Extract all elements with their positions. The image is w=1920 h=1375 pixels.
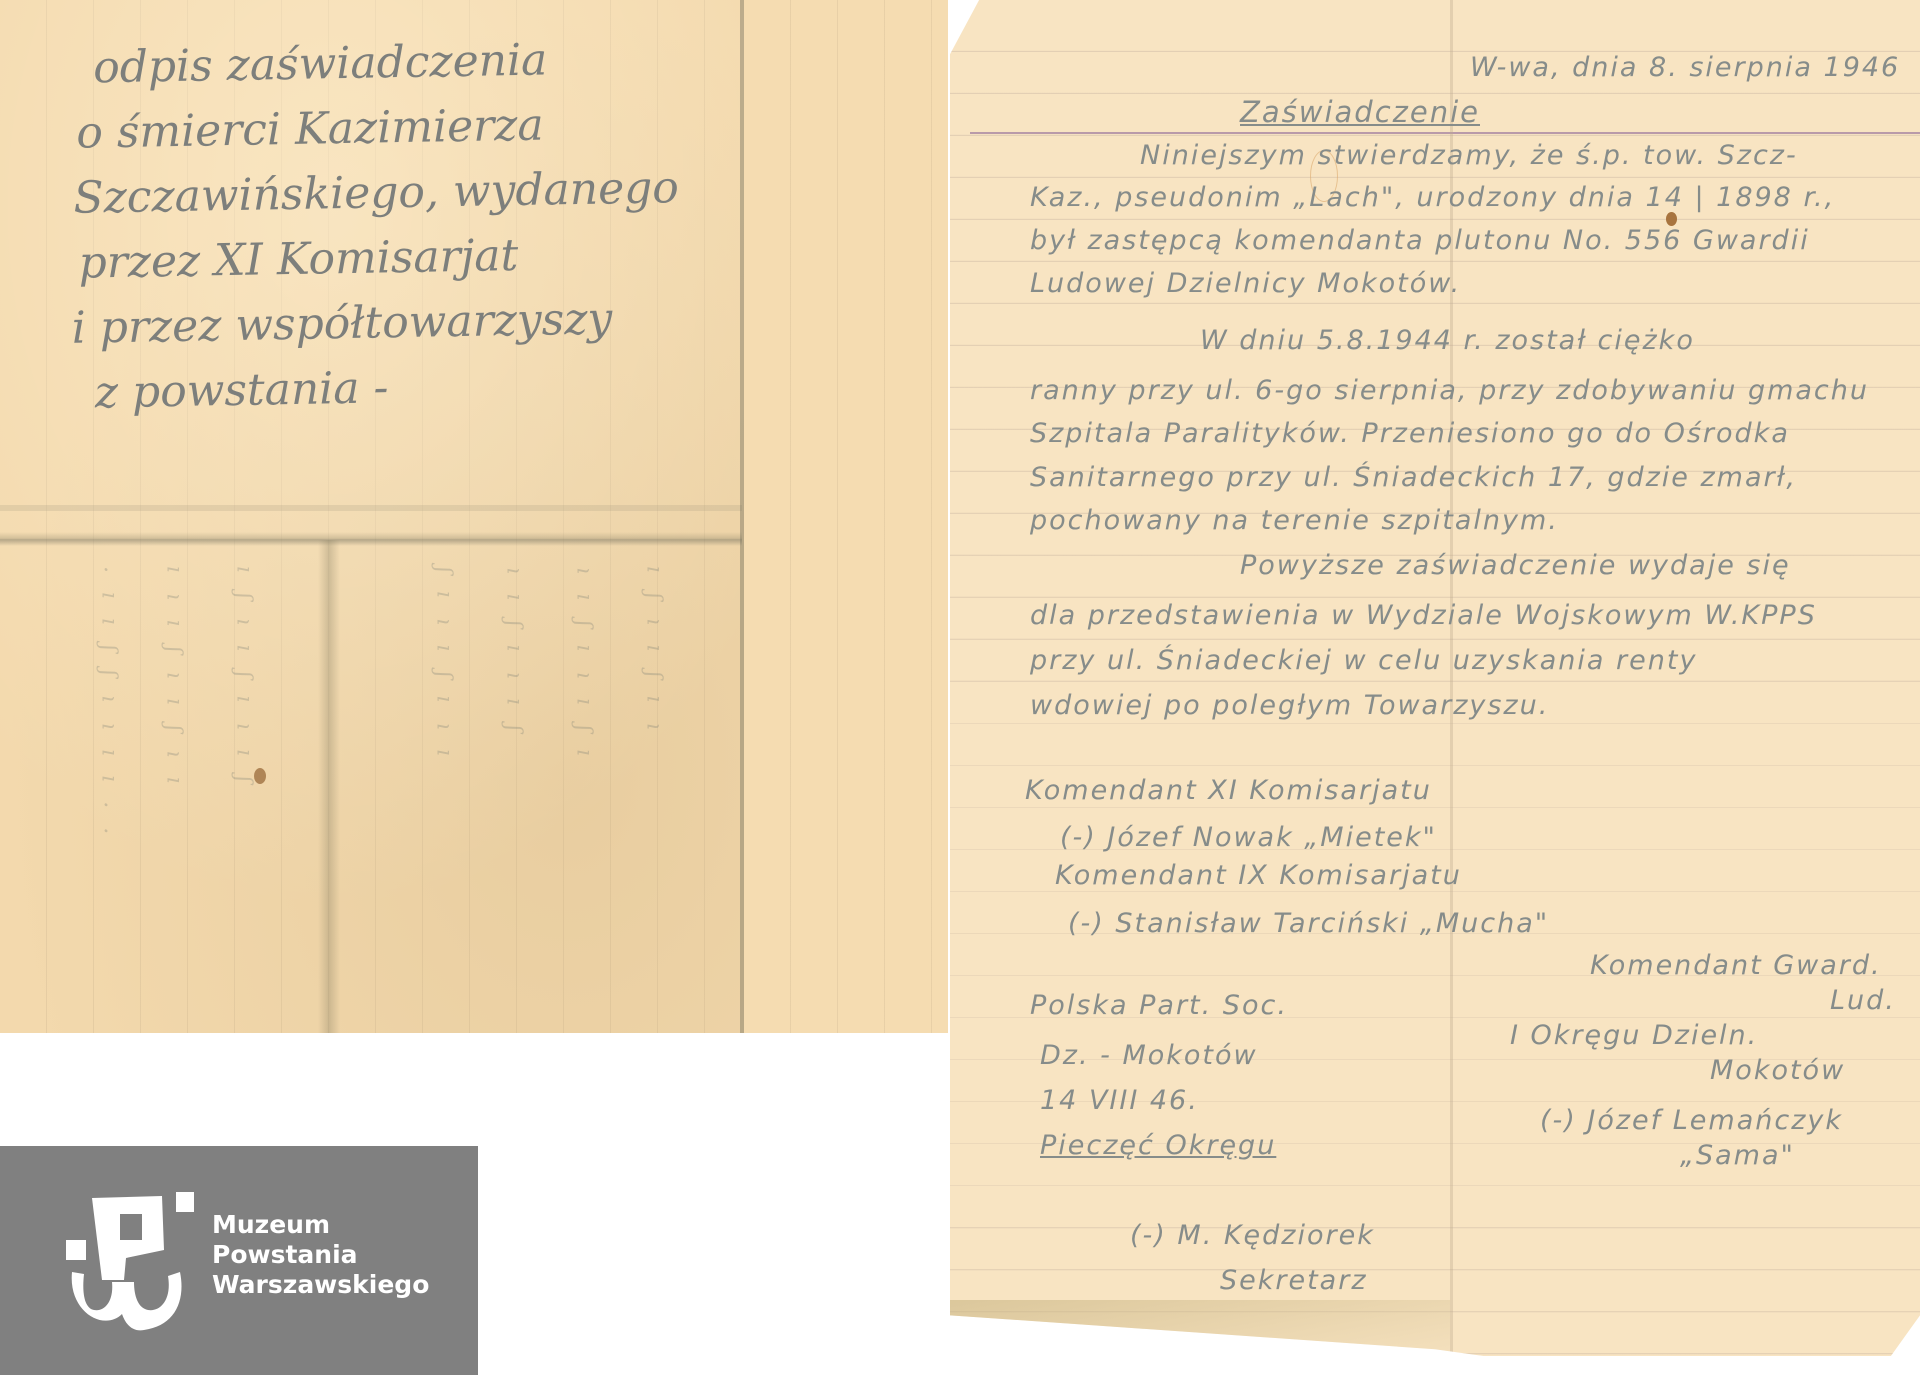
vertical-fold [318,540,340,1033]
museum-name: Muzeum Powstania Warszawskiego [212,1210,429,1300]
bleed-through-text: ʃ ı ɩ ı ʃ ı ɩ [500,560,525,730]
bleed-through-text: · · ı ı ɩ ɩ ʃ ʃ ı ı · [95,560,120,834]
margin-rule-line [970,132,1920,134]
body-line: Sanitarnego przy ul. Śniadeckich 17, gdz… [1030,462,1797,493]
party-stamp-line: Dz. - Mokotów [1040,1040,1258,1071]
signature-line: (-) Stanisław Tarciński „Mucha" [1068,908,1549,939]
left-document-scan: · · ı ı ɩ ɩ ʃ ʃ ı ı · ı ɩ ʃ ı ɩ ʃ ı ɩ ı … [0,0,948,1033]
commander-block-line: Komendant Gward. [1590,950,1882,981]
torn-corner [950,1300,1450,1356]
secretary-title: Sekretarz [1220,1265,1368,1296]
signature-line: (-) Józef Nowak „Mietek" [1060,822,1437,853]
signature-line: Komendant IX Komisarjatu [1055,860,1462,891]
handwritten-note: odpis zaświadczenia o śmierci Kazimierza… [75,24,732,425]
body-line: Ludowej Dzielnicy Mokotów. [1030,268,1461,299]
note-line: odpis zaświadczenia [75,24,726,100]
certificate-heading: Zaświadczenie [1240,95,1480,129]
body-line: Szpitala Paralityków. Przeniesiono go do… [1030,418,1790,449]
bleed-through-text: ʃ ı ɩ ı ʃ ı ɩ ʃ ı [230,560,255,781]
attached-strip [744,0,948,1033]
secretary-signature: (-) M. Kędziorek [1130,1220,1375,1251]
horizontal-fold [0,532,742,546]
bleed-through-text: ı ɩ ı ʃ ı ɩ ı ʃ [430,560,455,756]
body-line: wdowiej po poległym Towarzyszu. [1030,690,1549,721]
ink-stain [1666,212,1677,226]
date-line: W-wa, dnia 8. sierpnia 1946 [1470,52,1900,83]
logo-line-1: Muzeum [212,1210,429,1240]
kotwica-anchor-icon [64,1192,194,1332]
note-line: Szczawińskiego, wydanego [73,154,728,230]
bleed-through-text: ı ɩ ʃ ı ɩ ʃ ı ɩ ı [160,560,185,784]
party-stamp-line: Pieczęć Okręgu [1040,1130,1276,1161]
certificate-document-scan: W-wa, dnia 8. sierpnia 1946 Zaświadczeni… [950,0,1920,1356]
commander-signature: (-) Józef Lemańczyk [1540,1105,1843,1136]
body-line: przy ul. Śniadeckiej w celu uzyskania re… [1030,645,1697,676]
note-line: z powstania - [80,349,731,425]
logo-line-3: Warszawskiego [212,1270,429,1300]
bleed-through-text: ı ʃ ı ɩ ı ʃ ı ɩ [570,560,595,756]
commander-block-line: Mokotów [1710,1055,1845,1086]
body-line: był zastępcą komendanta plutonu No. 556 … [1030,225,1810,256]
body-line: ranny przy ul. 6-go sierpnia, przy zdoby… [1030,375,1869,406]
signature-line: Komendant XI Komisarjatu [1025,775,1432,806]
ink-stain [254,768,266,784]
commander-pseudonym: „Sama" [1680,1140,1795,1171]
party-stamp-line: Polska Part. Soc. [1030,990,1288,1021]
body-line: W dniu 5.8.1944 r. został ciężko [1200,325,1695,356]
bleed-through-text: ɩ ı ʃ ı ɩ ʃ ı [640,560,665,730]
commander-block-line: Lud. [1830,985,1896,1016]
paper-crease [0,505,742,511]
body-line: pochowany na terenie szpitalnym. [1030,505,1559,536]
note-line: przez XI Komisarjat [78,219,729,295]
logo-line-2: Powstania [212,1240,429,1270]
body-line: dla przedstawienia w Wydziale Wojskowym … [1030,600,1817,631]
party-stamp-line: 14 VIII 46. [1040,1085,1199,1116]
museum-logo: Muzeum Powstania Warszawskiego [0,1146,478,1375]
body-line: Kaz., pseudonim „Lach", urodzony dnia 14… [1030,182,1835,213]
body-line: Powyższe zaświadczenie wydaje się [1240,550,1791,581]
note-line: o śmierci Kazimierza [76,89,727,165]
commander-block-line: I Okręgu Dzieln. [1510,1020,1758,1051]
note-line: i przez współtowarzyszy [71,284,730,360]
body-line: Niniejszym stwierdzamy, że ś.p. tow. Szc… [1140,140,1798,171]
